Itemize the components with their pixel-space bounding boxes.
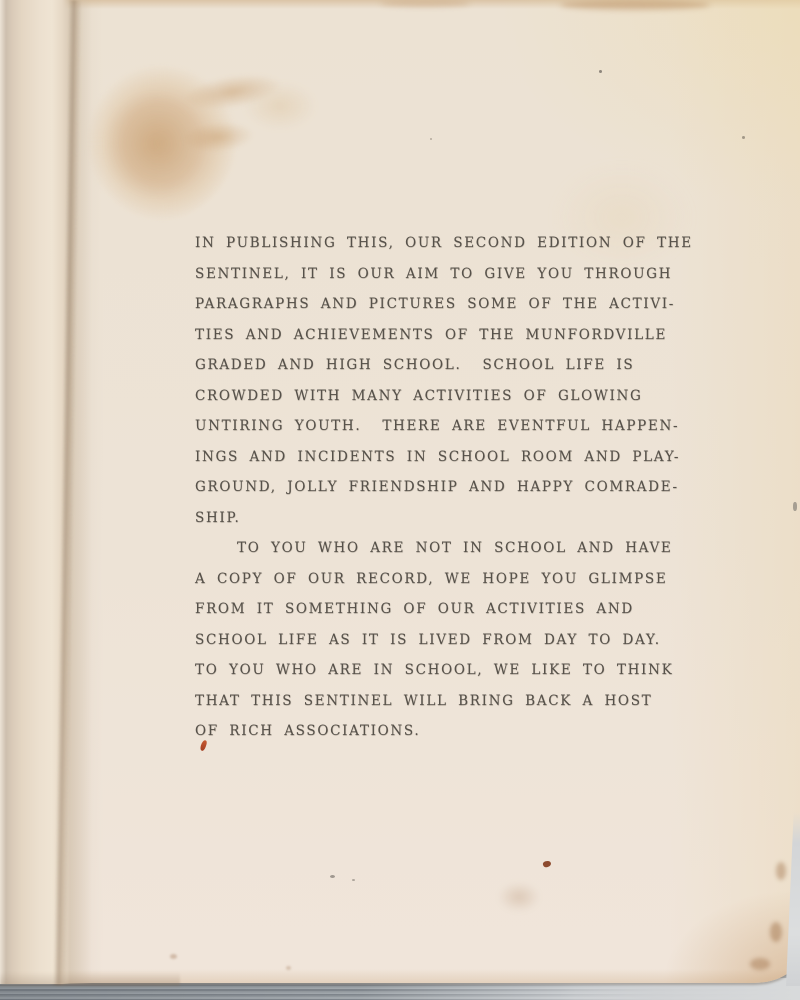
foxing-spot (776, 862, 786, 880)
brown-speck (286, 966, 291, 970)
faint-speck (430, 138, 432, 140)
text-line: TO YOU WHO ARE IN SCHOOL, WE LIKE TO THI… (195, 655, 635, 686)
grey-speck (352, 879, 355, 881)
spine-foot-shadow (0, 972, 180, 986)
text-line: GROUND, JOLLY FRIENDSHIP AND HAPPY COMRA… (195, 472, 635, 503)
text-line: A COPY OF OUR RECORD, WE HOPE YOU GLIMPS… (195, 564, 635, 595)
text-line: THAT THIS SENTINEL WILL BRING BACK A HOS… (195, 686, 635, 717)
grey-speck (330, 875, 335, 878)
text-line: GRADED AND HIGH SCHOOL. SCHOOL LIFE IS (195, 350, 635, 381)
text-line: SENTINEL, IT IS OUR AIM TO GIVE YOU THRO… (195, 259, 635, 290)
typewritten-text-block: IN PUBLISHING THIS, OUR SECOND EDITION O… (195, 228, 635, 747)
text-line: OF RICH ASSOCIATIONS. (195, 716, 635, 747)
foxing-spot (750, 958, 770, 970)
text-line: SCHOOL LIFE AS IT IS LIVED FROM DAY TO D… (195, 625, 635, 656)
text-line: SHIP. (195, 503, 635, 534)
text-line: IN PUBLISHING THIS, OUR SECOND EDITION O… (195, 228, 635, 259)
scanned-book-page: IN PUBLISHING THIS, OUR SECOND EDITION O… (0, 0, 800, 1000)
right-edge-mark (793, 502, 797, 511)
foxing-spot (770, 922, 782, 942)
text-line: PARAGRAPHS AND PICTURES SOME OF THE ACTI… (195, 289, 635, 320)
text-line: UNTIRING YOUTH. THERE ARE EVENTFUL HAPPE… (195, 411, 635, 442)
text-line: INGS AND INCIDENTS IN SCHOOL ROOM AND PL… (195, 442, 635, 473)
text-line: CROWDED WITH MANY ACTIVITIES OF GLOWING (195, 381, 635, 412)
brown-speck (170, 954, 177, 959)
text-line: TIES AND ACHIEVEMENTS OF THE MUNFORDVILL… (195, 320, 635, 351)
text-line-paragraph-start: TO YOU WHO ARE NOT IN SCHOOL AND HAVE (195, 533, 635, 564)
book-spine-fold (0, 0, 100, 984)
text-line: FROM IT SOMETHING OF OUR ACTIVITIES AND (195, 594, 635, 625)
dark-speck (742, 136, 745, 139)
dark-speck (599, 70, 602, 73)
